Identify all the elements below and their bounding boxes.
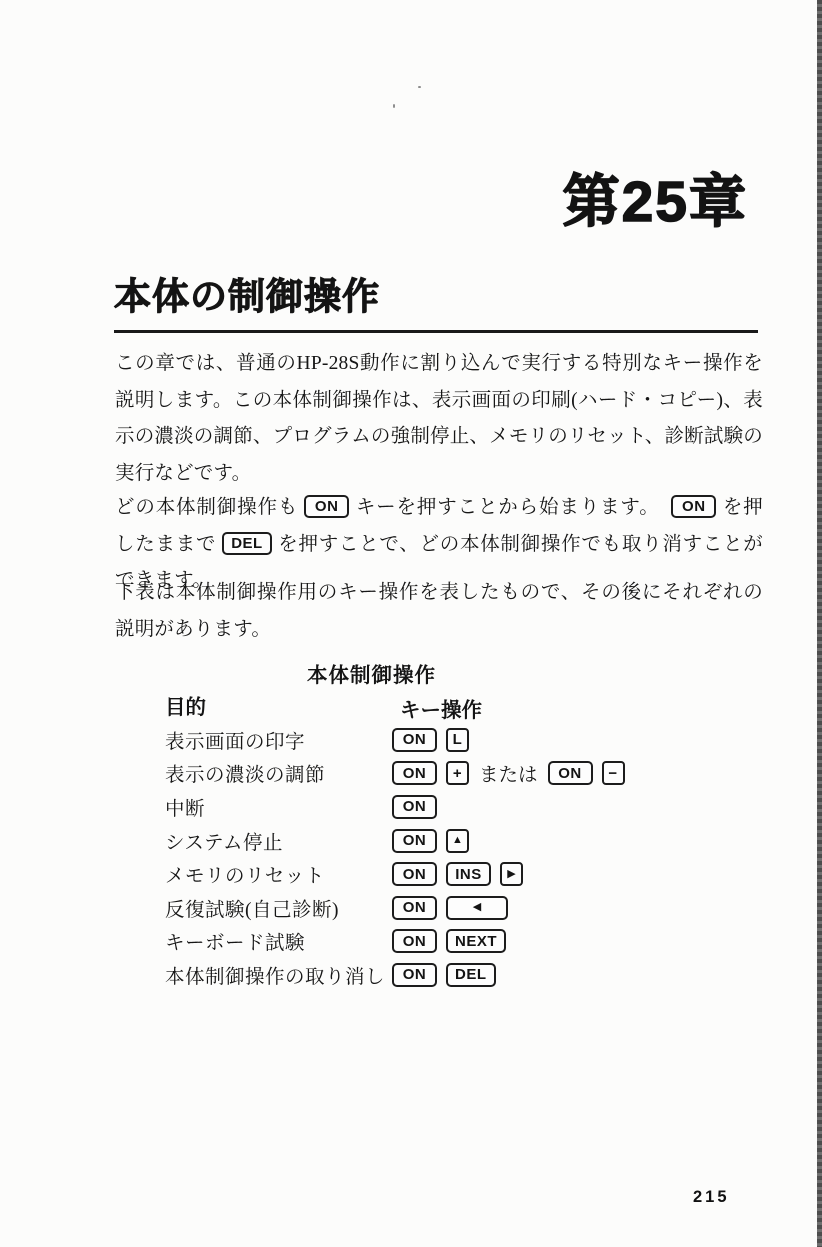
key-on: ON <box>671 495 716 518</box>
key-on: ON <box>392 795 437 819</box>
table-row: 表示画面の印字ONL <box>165 723 725 757</box>
key-right-arrow-icon: ▶ <box>500 862 523 886</box>
row-purpose: 中断 <box>165 793 392 821</box>
key-on: ON <box>392 728 437 752</box>
key-on: ON <box>548 761 593 785</box>
key-plus: + <box>446 761 469 785</box>
section-heading: 本体の制御操作 <box>114 266 380 320</box>
key-on: ON <box>392 929 437 953</box>
page-number: 215 <box>693 1188 730 1207</box>
key-on: ON <box>392 963 437 987</box>
row-key-sequence: ONNEXT <box>392 929 506 953</box>
row-key-sequence: ON◀ <box>392 896 508 920</box>
scan-speck <box>393 104 395 108</box>
row-key-sequence: ONL <box>392 728 469 752</box>
key-left-arrow-icon: ◀ <box>446 896 508 920</box>
key-on: ON <box>392 862 437 886</box>
column-header-keys: キー操作 <box>400 693 482 723</box>
key-on: ON <box>392 761 437 785</box>
table-row: 中断ON <box>165 790 725 824</box>
row-purpose: 反復試験(自己診断) <box>165 894 392 922</box>
row-key-sequence: ON▲ <box>392 829 469 853</box>
scan-edge-artifact <box>817 0 822 1247</box>
manual-page: 第25章 本体の制御操作 この章では、普通のHP-28S動作に割り込んで実行する… <box>0 0 822 1247</box>
table-row: システム停止ON▲ <box>165 824 725 858</box>
row-purpose: 本体制御操作の取り消し <box>165 961 392 989</box>
key-minus: − <box>602 761 625 785</box>
key-next: NEXT <box>446 929 506 953</box>
row-key-sequence: ON+またはON− <box>392 759 625 787</box>
table-title: 本体制御操作 <box>307 658 436 688</box>
row-key-sequence: ONDEL <box>392 963 496 987</box>
column-header-purpose: 目的 <box>165 690 206 720</box>
key-up-arrow-icon: ▲ <box>446 829 469 853</box>
row-purpose: 表示の濃淡の調節 <box>165 759 392 787</box>
key-on: ON <box>392 896 437 920</box>
key-on: ON <box>304 495 349 518</box>
row-key-sequence: ON <box>392 795 437 819</box>
table-row: メモリのリセットONINS▶ <box>165 857 725 891</box>
chapter-heading: 第25章 <box>563 156 748 238</box>
key-del: DEL <box>446 963 496 987</box>
paragraph-intro: この章では、普通のHP-28S動作に割り込んで実行する特別なキー操作を説明します… <box>115 346 763 492</box>
key-separator-text: または <box>478 759 539 787</box>
table-row: 反復試験(自己診断)ON◀ <box>165 891 725 925</box>
key-ins: INS <box>446 862 491 886</box>
heading-rule <box>114 330 758 333</box>
key-del: DEL <box>222 532 272 555</box>
row-purpose: 表示画面の印字 <box>165 726 392 754</box>
row-purpose: キーボード試験 <box>165 927 392 955</box>
row-key-sequence: ONINS▶ <box>392 862 523 886</box>
row-purpose: システム停止 <box>165 827 392 855</box>
table-row: 本体制御操作の取り消しONDEL <box>165 958 725 992</box>
table-row: 表示の濃淡の調節ON+またはON− <box>165 757 725 791</box>
key-on: ON <box>392 829 437 853</box>
paragraph-table-intro: 下表は本体制御操作用のキー操作を表したもので、その後にそれぞれの説明があります。 <box>115 575 763 648</box>
table-row: キーボード試験ONNEXT <box>165 925 725 959</box>
scan-speck <box>418 86 421 88</box>
row-purpose: メモリのリセット <box>165 860 392 888</box>
control-operations-table: 表示画面の印字ONL表示の濃淡の調節ON+またはON−中断ONシステム停止ON▲… <box>165 723 725 992</box>
key-l: L <box>446 728 469 752</box>
